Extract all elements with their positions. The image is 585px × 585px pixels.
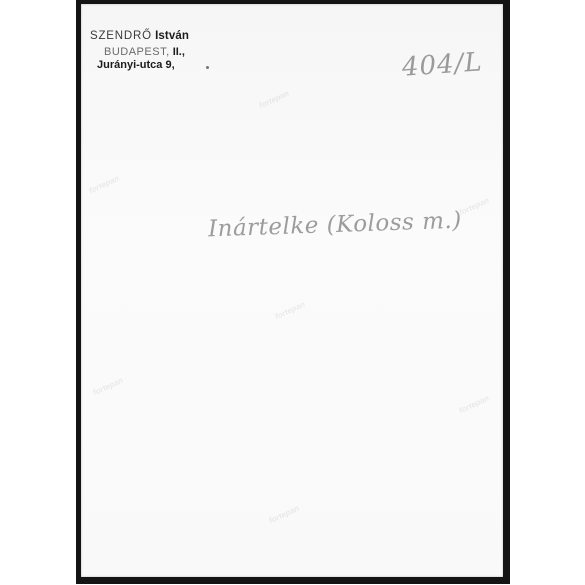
stamp-district: II., bbox=[170, 46, 185, 58]
stamp-city: BUDAPEST, bbox=[104, 46, 170, 58]
stamp-street-line: Jurányi-utca 9, bbox=[97, 59, 175, 72]
scan-canvas: SZENDRŐ István BUDAPEST, II., Jurányi-ut… bbox=[0, 0, 585, 585]
ink-speck bbox=[206, 66, 209, 69]
stamp-firstname: István bbox=[152, 30, 189, 42]
catalog-number: 404/L bbox=[401, 47, 484, 83]
stamp-surname: SZENDRŐ bbox=[90, 30, 152, 42]
stamp-city-line: BUDAPEST, II., bbox=[104, 46, 185, 59]
photo-paper-back bbox=[81, 4, 503, 577]
stamp-name-line: SZENDRŐ István bbox=[90, 30, 189, 43]
photographer-stamp: SZENDRŐ István BUDAPEST, II., Jurányi-ut… bbox=[90, 30, 189, 43]
